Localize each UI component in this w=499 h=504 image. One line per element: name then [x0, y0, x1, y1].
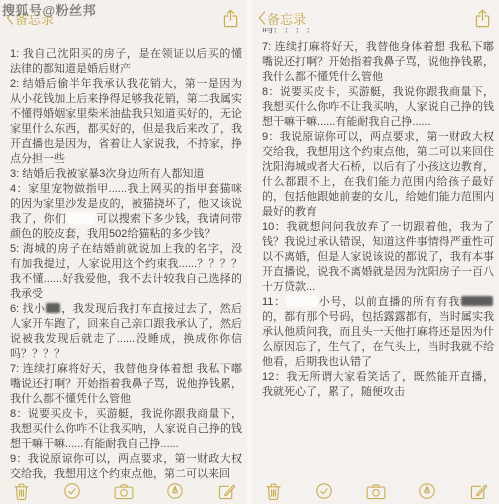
- note-item: 10：我就想问问我放弃了一切跟着他，我为了钱？我说过承认错误，知道这件事情得严重…: [262, 220, 494, 295]
- share-icon[interactable]: [475, 9, 490, 28]
- markup-icon[interactable]: [166, 482, 184, 500]
- trash-icon[interactable]: [265, 482, 282, 501]
- note-body: 7: 连续打麻将好天，我替他身体着想 我私下嘟嘴说还打啊？开始指着我鼻子骂，说他…: [262, 40, 494, 480]
- chevron-left-icon: [258, 11, 266, 25]
- note-item: 9：我说原谅你可以，两点要求，第一财政大权交给我，我想用这个约束点他，第二可以来…: [262, 130, 494, 220]
- notes-screenshot-left: 搜狐号@粉丝邦 备忘录 1: 我自己沈阳买的房子，是在领证以后买的懂法律的都知道…: [0, 0, 247, 504]
- camera-icon[interactable]: [366, 483, 386, 500]
- back-button[interactable]: 备忘录: [258, 9, 306, 28]
- compose-icon[interactable]: [469, 482, 488, 501]
- checklist-icon[interactable]: [63, 482, 81, 500]
- notes-toolbar: [265, 480, 488, 502]
- note-item: 2: 结婚后偷半年我承认我花销大，第一是因为从小花钱加上后来挣得足够我花销，第二…: [10, 77, 242, 167]
- clipped-text-line: 吗？？？？: [262, 28, 494, 38]
- share-icon[interactable]: [223, 9, 238, 28]
- markup-icon[interactable]: [418, 482, 436, 500]
- censored-text: [461, 296, 493, 306]
- notes-screenshots-pair: 搜狐号@粉丝邦 备忘录 1: 我自己沈阳买的房子，是在领证以后买的懂法律的都知道…: [0, 0, 499, 504]
- note-item: 9：我说原谅你可以，两点要求，第一财政大权交给我，我想用这个约束点他，第二可以来…: [10, 452, 242, 480]
- note-item: 3: 结婚后我被家暴3次身边所有人都知道: [10, 167, 242, 182]
- censored-text: [67, 213, 95, 223]
- back-button-label: 备忘录: [267, 9, 306, 28]
- note-item: 4：家里宠物做指甲......我上网买的指甲套猫咪的因为家里沙发是皮的，被猫挠坏…: [10, 182, 242, 242]
- censored-text: [46, 303, 60, 313]
- note-item: 6: 找小，我发现后我打车直接过去了，然后人家开车跑了，回来自己亲口跟我承认了，…: [10, 302, 242, 362]
- note-item: 8：说要买皮卡，买游艇，我说你跟我商量下，我想买什么你咋不让我买呐，人家说自己挣…: [10, 407, 242, 452]
- trash-icon[interactable]: [13, 482, 30, 501]
- note-item: 12：我无所谓大家看笑话了，既然能开直播，我就死心了，累了，随便攻击: [262, 370, 494, 400]
- notes-toolbar: [13, 480, 236, 502]
- notes-header: 备忘录: [258, 7, 490, 29]
- note-item: 7: 连续打麻将好天，我替他身体着想 我私下嘟嘴说还打啊？开始指着我鼻子骂，说他…: [10, 362, 242, 407]
- note-body: 1: 我自己沈阳买的房子，是在领证以后买的懂法律的都知道是婚后财产2: 结婚后偷…: [10, 47, 242, 480]
- note-item: 11：小号，以前直播的所有有我的，都有那个号码，包括露露都有，当时属实我承认他质…: [262, 295, 494, 370]
- checklist-icon[interactable]: [315, 482, 333, 500]
- watermark-text: 搜狐号@粉丝邦: [2, 0, 96, 19]
- clipped-text: 吗？？？？: [262, 28, 494, 37]
- compose-icon[interactable]: [217, 482, 236, 501]
- note-item: 5: 海城的房子在结婚前就说加上我的名字，没有加我提过，人家说用这个约束我...…: [10, 242, 242, 302]
- note-item: 1: 我自己沈阳买的房子，是在领证以后买的懂法律的都知道是婚后财产: [10, 47, 242, 77]
- note-item: 8：说要买皮卡，买游艇，我说你跟我商量下，我想买什么你咋不让我买呐，人家说自己挣…: [262, 85, 494, 130]
- camera-icon[interactable]: [114, 483, 134, 500]
- note-item: 7: 连续打麻将好天，我替他身体着想 我私下嘟嘴说还打啊？开始指着我鼻子骂，说他…: [262, 40, 494, 85]
- censored-text: [287, 296, 317, 306]
- notes-screenshot-right: 备忘录 吗？？？？ 7: 连续打麻将好天，我替他身体着想 我私下嘟嘴说还打啊？开…: [252, 0, 499, 504]
